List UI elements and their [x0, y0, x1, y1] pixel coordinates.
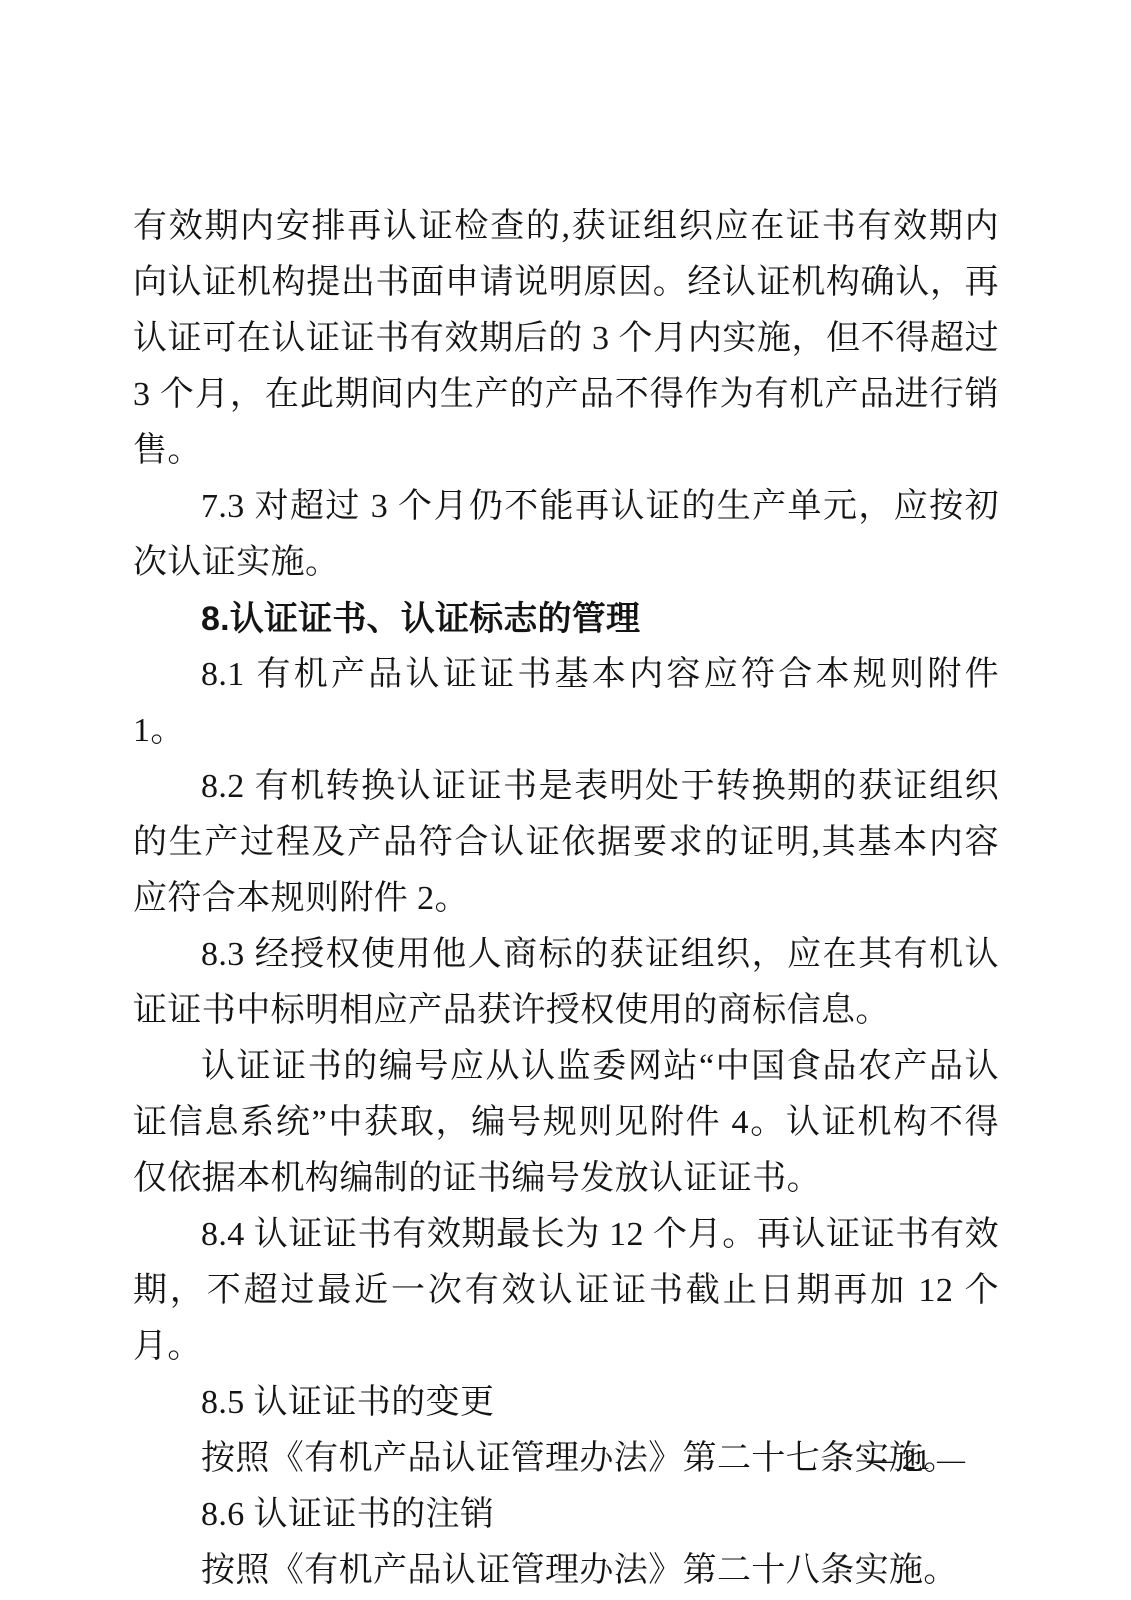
paragraph: 认证证书的编号应从认监委网站“中国食品农产品认证信息系统”中获取，编号规则见附件… — [133, 1039, 999, 1207]
paragraph: 8.4 认证证书有效期最长为 12 个月。再认证证书有效期，不超过最近一次有效认… — [133, 1207, 999, 1375]
page-number: — 21 — — [867, 1445, 965, 1476]
paragraph: 8.3 经授权使用他人商标的获证组织，应在其有机认证证书中标明相应产品获许授权使… — [133, 927, 999, 1039]
page-footer: — 21 — — [867, 1443, 965, 1479]
document-body: 有效期内安排再认证检查的,获证组织应在证书有效期内向认证机构提出书面申请说明原因… — [133, 199, 999, 1599]
paragraph: 8.6 认证证书的注销 — [133, 1487, 999, 1543]
paragraph: 8.5 认证证书的变更 — [133, 1375, 999, 1431]
paragraph: 7.3 对超过 3 个月仍不能再认证的生产单元，应按初次认证实施。 — [133, 479, 999, 591]
document-page: 有效期内安排再认证检查的,获证组织应在证书有效期内向认证机构提出书面申请说明原因… — [0, 0, 1131, 1600]
section-heading: 8.认证证书、认证标志的管理 — [133, 591, 999, 647]
paragraph: 有效期内安排再认证检查的,获证组织应在证书有效期内向认证机构提出书面申请说明原因… — [133, 199, 999, 479]
paragraph: 8.2 有机转换认证证书是表明处于转换期的获证组织的生产过程及产品符合认证依据要… — [133, 759, 999, 927]
paragraph: 按照《有机产品认证管理办法》第二十八条实施。 — [133, 1543, 999, 1599]
paragraph: 8.1 有机产品认证证书基本内容应符合本规则附件 1。 — [133, 647, 999, 759]
